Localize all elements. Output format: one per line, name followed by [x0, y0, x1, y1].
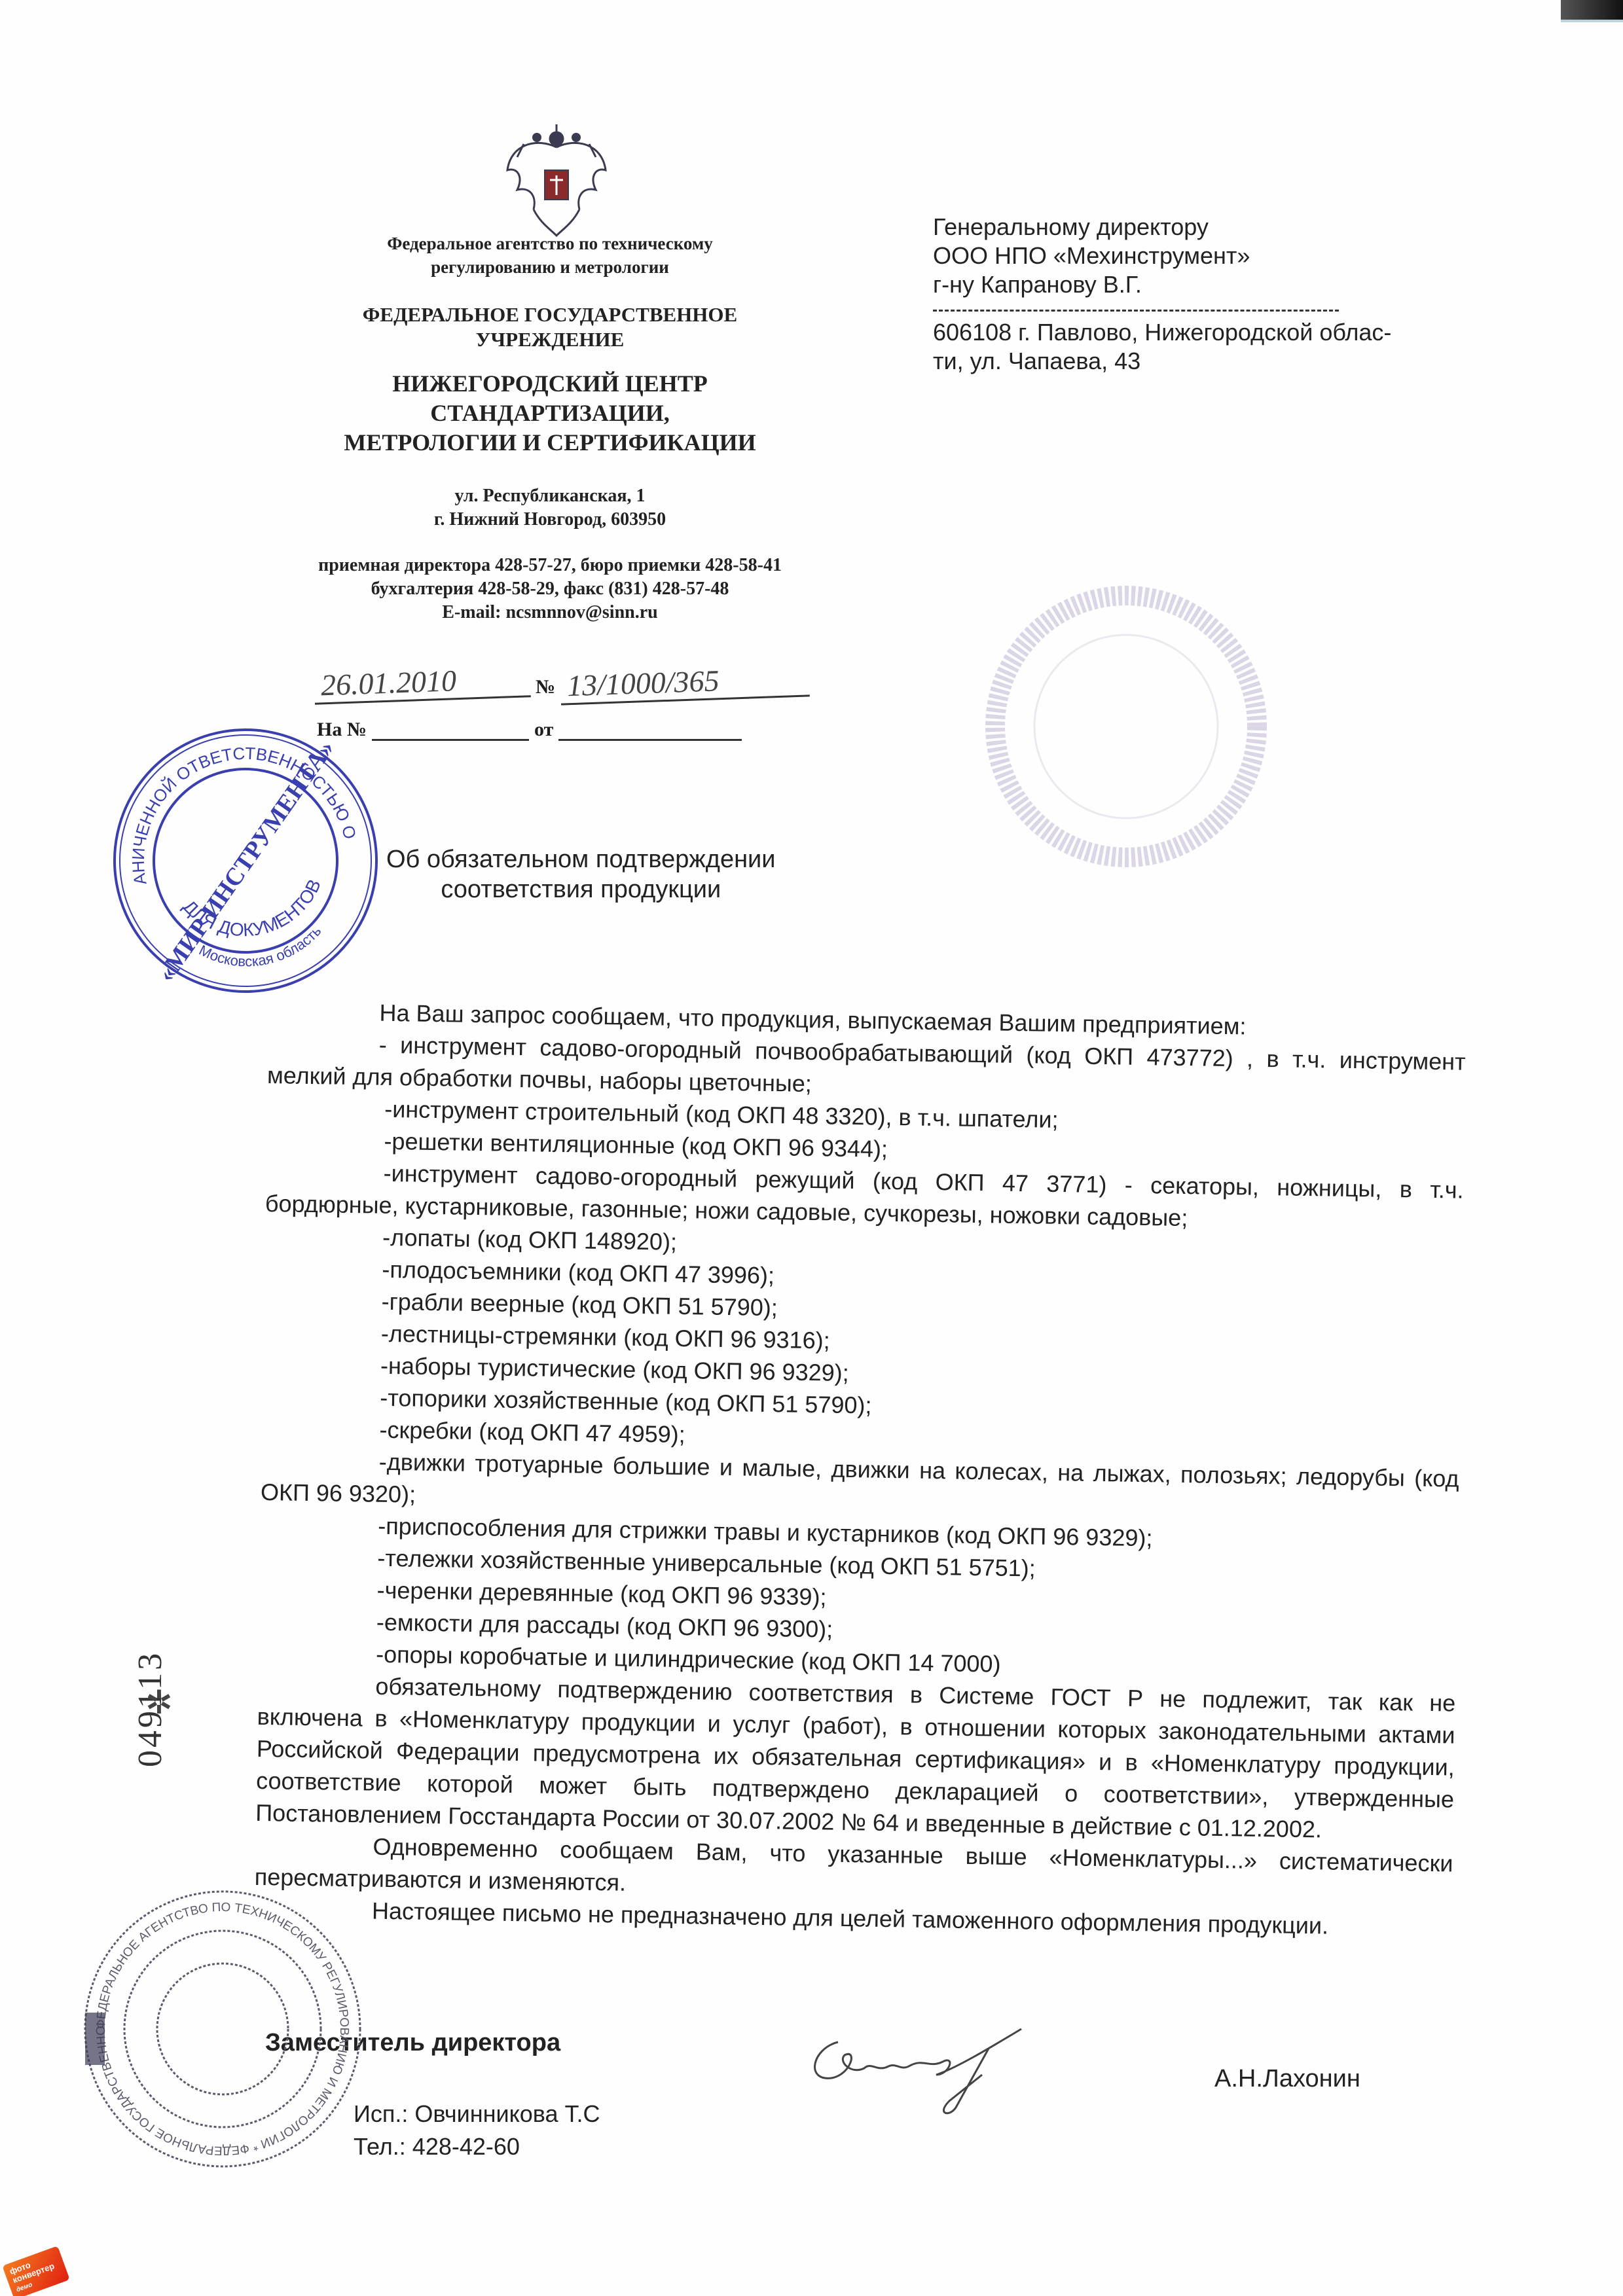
address-line-1: ул. Республиканская, 1	[255, 484, 845, 508]
signatory-name: А.Н.Лахонин	[1214, 2065, 1360, 2093]
center-line-3: МЕТРОЛОГИИ И СЕРТИФИКАЦИИ	[255, 428, 845, 457]
institution-contacts: приемная директора 428-57-27, бюро прием…	[255, 554, 845, 624]
handwritten-signature	[799, 2022, 1048, 2121]
fgu-line-1: ФЕДЕРАЛЬНОЕ ГОСУДАРСТВЕННОЕ	[255, 302, 845, 327]
phones-line-2: бухгалтерия 428-58-29, факс (831) 428-57…	[255, 577, 845, 601]
fgu-line-2: УЧРЕЖДЕНИЕ	[255, 327, 845, 352]
from-label: от	[534, 719, 553, 741]
scan-edge	[1561, 0, 1623, 20]
addressee-address-2: ти, ул. Чапаева, 43	[933, 347, 1483, 376]
phones-line-1: приемная директора 428-57-27, бюро прием…	[255, 554, 845, 577]
scan-edge-line	[1561, 20, 1623, 22]
agency-line-2: регулированию и метрологии	[255, 255, 845, 279]
number-label: №	[536, 676, 555, 698]
addressee-position: Генеральному директору	[933, 213, 1483, 242]
converter-watermark: фото конвертер демо	[2, 2246, 69, 2296]
center-line-1: НИЖЕГОРОДСКИЙ ЦЕНТР	[255, 369, 845, 399]
addressee-address-1: 606108 г. Павлово, Нижегородской облас-	[933, 318, 1483, 347]
institution-type: ФЕДЕРАЛЬНОЕ ГОСУДАРСТВЕННОЕ УЧРЕЖДЕНИЕ	[255, 302, 845, 352]
svg-text:ФЕДЕРАЛЬНОЕ АГЕНТСТВО ПО ТЕХНИ: ФЕДЕРАЛЬНОЕ АГЕНТСТВО ПО ТЕХНИЧЕСКОМУ РЕ…	[79, 1885, 351, 2157]
outgoing-number: 13/1000/365	[560, 660, 810, 705]
executor-name: Исп.: Овчинникова Т.С	[354, 2098, 600, 2130]
subject-line-2: соответствия продукции	[386, 874, 776, 905]
institution-address: ул. Республиканская, 1 г. Нижний Новгоро…	[255, 484, 845, 531]
subject: Об обязательном подтверждении соответств…	[386, 844, 776, 905]
watermark-line-3: демо	[15, 2281, 33, 2293]
addressee-name: г-ну Капранову В.Г.	[933, 270, 1483, 299]
company-stamp: ОБЩЕСТВО С ОГРАНИЧЕННОЙ ОТВЕТСТВЕННОСТЬЮ…	[105, 720, 386, 1001]
letter-body: На Ваш запрос сообщаем, что продукция, в…	[254, 995, 1467, 1944]
subject-line-1: Об обязательном подтверждении	[386, 844, 776, 874]
outgoing-date: 26.01.2010	[314, 660, 531, 704]
coat-of-arms-icon	[498, 118, 615, 239]
registration-line: 26.01.2010 № 13/1000/365	[314, 664, 809, 701]
ref-date-blank	[558, 719, 742, 741]
agency-line-1: Федеральное агентство по техническому	[255, 232, 845, 255]
executor-phone: Тел.: 428-42-60	[354, 2130, 600, 2163]
divider	[933, 310, 1339, 312]
institution-name: НИЖЕГОРОДСКИЙ ЦЕНТР СТАНДАРТИЗАЦИИ, МЕТР…	[255, 369, 845, 457]
addressee-company: ООО НПО «Мехинструмент»	[933, 242, 1483, 270]
agency-name: Федеральное агентство по техническому ре…	[255, 232, 845, 279]
ref-number-blank	[372, 719, 529, 741]
email-line: E-mail: ncsmnnov@sinn.ru	[255, 601, 845, 624]
faint-stamp	[985, 586, 1267, 867]
address-line-2: г. Нижний Новгород, 603950	[255, 508, 845, 531]
addressee-block: Генеральному директору ООО НПО «Мехинстр…	[933, 213, 1483, 376]
official-round-stamp: ФЕДЕРАЛЬНОЕ АГЕНТСТВО ПО ТЕХНИЧЕСКОМУ РЕ…	[79, 1885, 367, 2173]
asterisk-icon: ✲	[145, 1683, 173, 1721]
executor-block: Исп.: Овчинникова Т.С Тел.: 428-42-60	[354, 2098, 600, 2163]
paragraph-1: обязательному подтверждению соответствия…	[255, 1668, 1456, 1848]
center-line-2: СТАНДАРТИЗАЦИИ,	[255, 399, 845, 428]
